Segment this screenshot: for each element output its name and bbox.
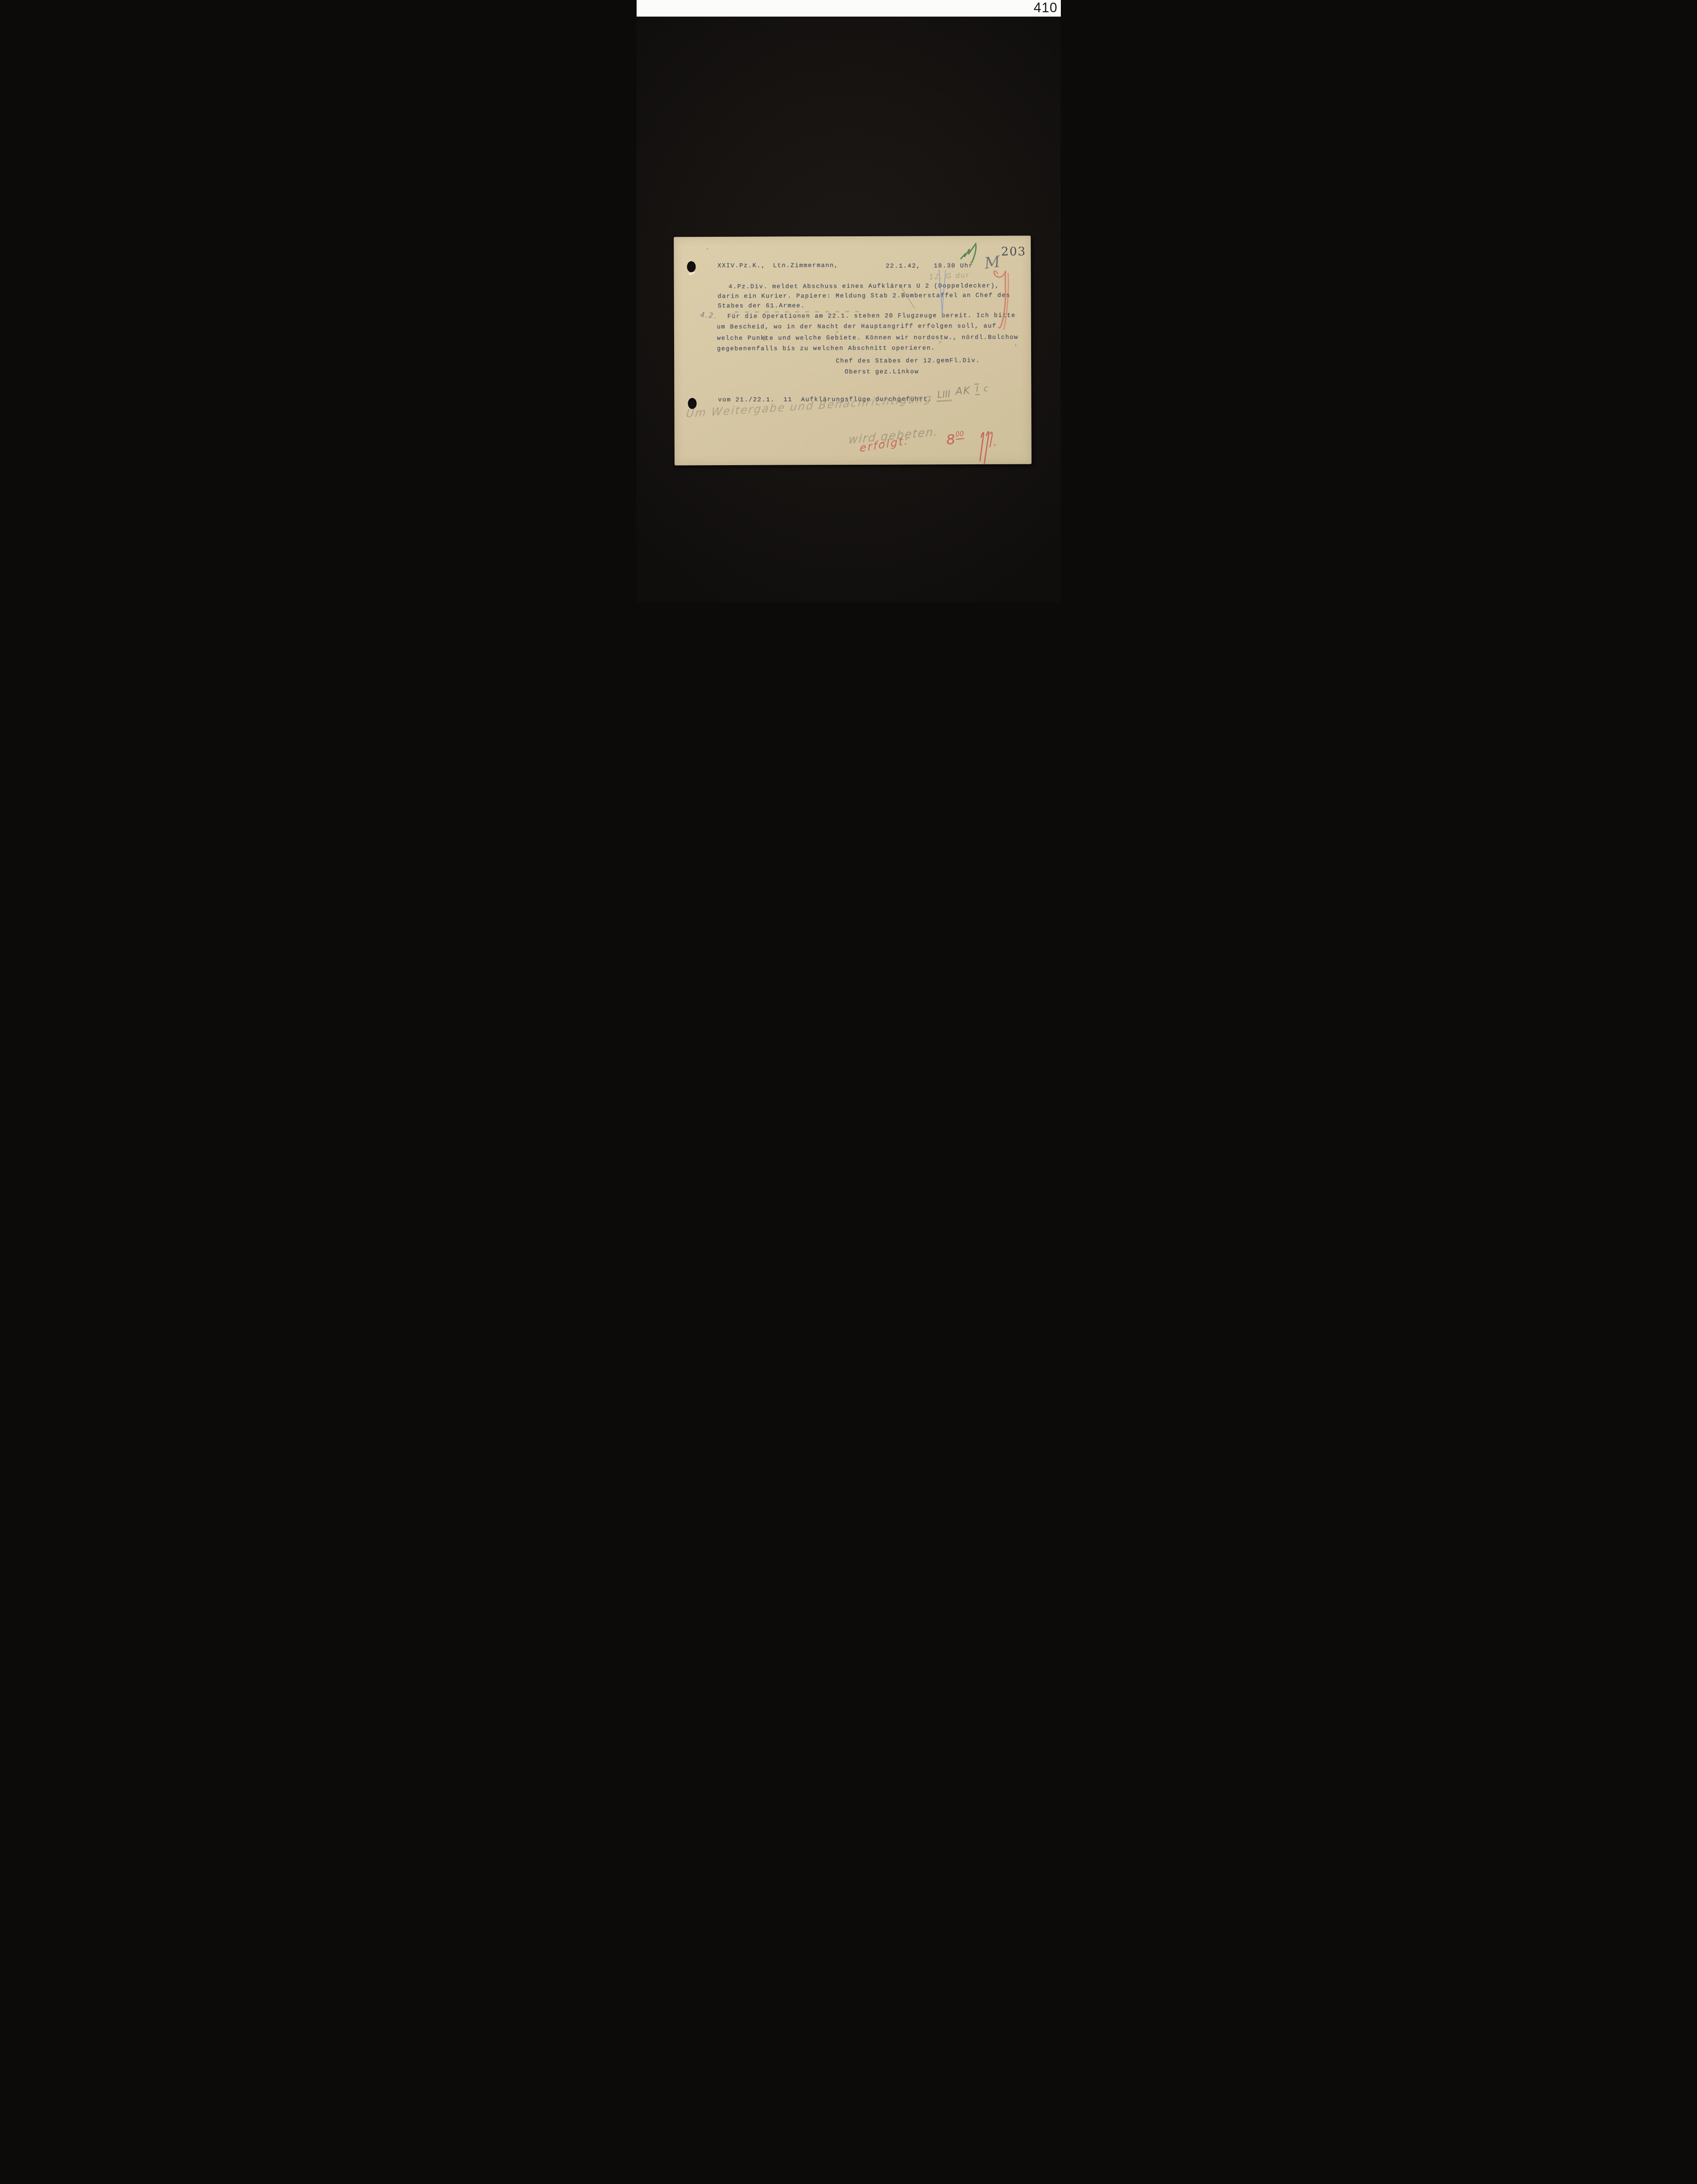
blue-pencil-stroke (937, 269, 947, 317)
scan-top-strip: 410 (637, 0, 1061, 17)
typed-paragraph2-line4: gegebenenfalls bis zu welchen Abschnitt … (717, 344, 935, 353)
typed-paragraph2-line1: Für die Operationen am 22.1. stehen 20 F… (727, 312, 1015, 321)
paper-speck (805, 442, 807, 442)
pencil-margin-number: 4.2. (700, 311, 717, 320)
typed-officer: Ltn.Zimmermann, (773, 262, 838, 270)
typed-paragraph2-line3: welche Punkte und welche Gebiete. Können… (717, 334, 1018, 342)
document-card: XXIV.Pz.K., Ltn.Zimmermann, 22.1.42, 18.… (674, 236, 1032, 466)
typed-paragraph1-line1: 4.Pz.Div. meldet Abschuss eines Aufkläre… (728, 282, 999, 291)
paper-speck (707, 248, 708, 249)
red-scrawl-ruf (991, 264, 1015, 334)
pencil-roman-i: I (974, 384, 979, 395)
red-time-note: 800 (945, 430, 964, 448)
page-number: 410 (1034, 0, 1058, 16)
ink-smudge (762, 335, 766, 341)
gray-pencil-stroke (898, 283, 916, 310)
typed-paragraph1-line2: darin ein Kurier. Papiere: Meldung Stab … (717, 292, 1010, 301)
pencil-request-line: Um Weitergabe und Benachrichtigung LIII … (686, 388, 989, 420)
typed-paragraph1-line3: Stabes der 61.Armee. (717, 302, 805, 310)
red-time-hour: 8 (945, 431, 956, 448)
red-time-minutes: 00 (955, 430, 964, 440)
pencil-note-top: 12. G dur (928, 271, 970, 281)
scanned-document-page: 410 XXIV.Pz.K., Ltn.Zimmermann, 22.1.42,… (637, 0, 1061, 602)
pencil-ak-label: AK (955, 385, 971, 397)
typed-signature-line2: Oberst gez.Linkow (845, 368, 919, 376)
pencil-liii-label: LIII (936, 389, 952, 402)
typed-unit: XXIV.Pz.K., (717, 262, 765, 270)
paper-speck (975, 301, 976, 303)
green-checkmark (959, 242, 983, 263)
pencil-c-label: c (983, 384, 988, 394)
typed-signature-line1: Chef des Stabes der 12.gemFl.Div. (836, 357, 980, 365)
punch-hole-top (687, 261, 696, 272)
red-initials-paraph (977, 430, 997, 464)
archive-number: 203 (1001, 245, 1026, 259)
typed-paragraph2-line2: um Bescheid, wo in der Nacht der Hauptan… (717, 322, 996, 331)
